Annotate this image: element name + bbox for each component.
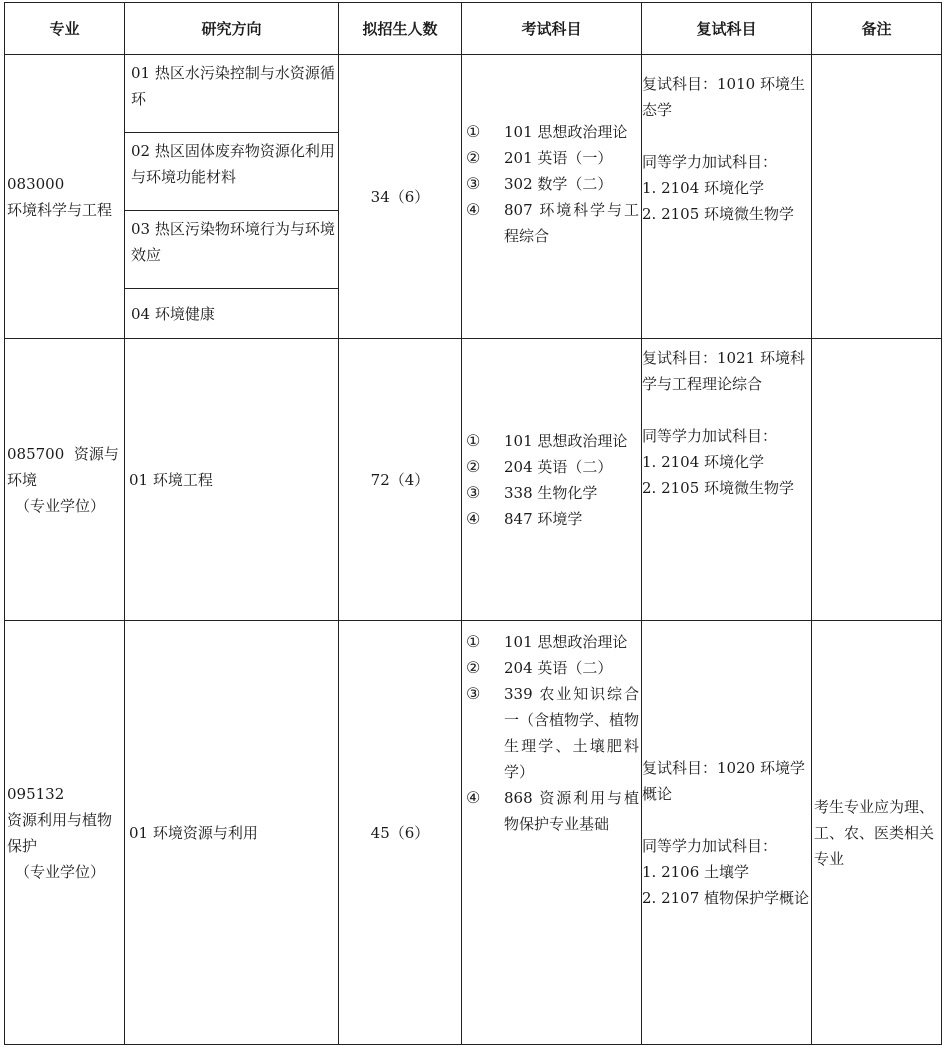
retest-cell: 复试科目：1020 环境学概论 同等学力加试科目： 1. 2106 土壤学 2.… bbox=[642, 621, 812, 1045]
header-retest: 复试科目 bbox=[642, 3, 812, 55]
extra-title: 同等学力加试科目： bbox=[642, 833, 810, 859]
count-cell: 34（6） bbox=[339, 55, 462, 339]
exam-item: ②204 英语（二） bbox=[466, 454, 639, 480]
exam-cell: ①101 思想政治理论 ②201 英语（一） ③302 数学（二） ④807 环… bbox=[462, 55, 642, 339]
extra-item: 1. 2104 环境化学 bbox=[642, 449, 810, 475]
circled-number-icon: ② bbox=[466, 655, 504, 681]
extra-item: 2. 2105 环境微生物学 bbox=[642, 475, 810, 501]
retest-cell: 复试科目：1010 环境生态学 同等学力加试科目： 1. 2104 环境化学 2… bbox=[642, 55, 812, 339]
direction-cell: 01 热区水污染控制与水资源循环 02 热区固体废弃物资源化利用与环境功能材料 … bbox=[125, 55, 339, 339]
extra-item: 1. 2104 环境化学 bbox=[642, 175, 810, 201]
major-code-name: 085700 资源与环境 bbox=[7, 441, 124, 493]
circled-number-icon: ④ bbox=[466, 197, 504, 249]
exam-item: ①101 思想政治理论 bbox=[466, 119, 639, 145]
table-row: 085700 资源与环境 （专业学位） 01 环境工程 72（4） ①101 思… bbox=[5, 339, 942, 621]
count-cell: 72（4） bbox=[339, 339, 462, 621]
circled-number-icon: ④ bbox=[466, 506, 504, 532]
circled-number-icon: ① bbox=[466, 119, 504, 145]
major-type: （专业学位） bbox=[7, 493, 124, 519]
direction-item: 04 环境健康 bbox=[125, 289, 338, 337]
major-name: 环境科学与工程 bbox=[7, 197, 124, 223]
circled-number-icon: ① bbox=[466, 629, 504, 655]
header-major: 专业 bbox=[5, 3, 125, 55]
retest-subject: 复试科目：1020 环境学概论 bbox=[642, 755, 810, 807]
major-cell: 083000 环境科学与工程 bbox=[5, 55, 125, 339]
note-cell: 考生专业应为理、工、农、医类相关专业 bbox=[812, 621, 942, 1045]
retest-subject: 复试科目：1010 环境生态学 bbox=[642, 63, 810, 123]
exam-item: ①101 思想政治理论 bbox=[466, 629, 639, 655]
exam-item: ④807 环境科学与工程综合 bbox=[466, 197, 639, 249]
direction-item: 02 热区固体废弃物资源化利用与环境功能材料 bbox=[125, 133, 338, 211]
major-type: （专业学位） bbox=[7, 859, 124, 885]
major-code: 083000 bbox=[7, 171, 124, 197]
note-cell bbox=[812, 55, 942, 339]
circled-number-icon: ② bbox=[466, 454, 504, 480]
header-exam: 考试科目 bbox=[462, 3, 642, 55]
header-note: 备注 bbox=[812, 3, 942, 55]
exam-cell: ①101 思想政治理论 ②204 英语（二） ③338 生物化学 ④847 环境… bbox=[462, 339, 642, 621]
exam-item: ②204 英语（二） bbox=[466, 655, 639, 681]
major-cell: 085700 资源与环境 （专业学位） bbox=[5, 339, 125, 621]
direction-item: 01 热区水污染控制与水资源循环 bbox=[125, 55, 338, 133]
circled-number-icon: ③ bbox=[466, 681, 504, 785]
exam-item: ③302 数学（二） bbox=[466, 171, 639, 197]
admissions-table: 专业 研究方向 拟招生人数 考试科目 复试科目 备注 083000 环境科学与工… bbox=[4, 2, 942, 1045]
exam-item: ③338 生物化学 bbox=[466, 480, 639, 506]
circled-number-icon: ③ bbox=[466, 171, 504, 197]
header-count: 拟招生人数 bbox=[339, 3, 462, 55]
extra-item: 1. 2106 土壤学 bbox=[642, 859, 810, 885]
direction-cell: 01 环境资源与利用 bbox=[125, 621, 339, 1045]
major-code: 095132 bbox=[7, 781, 124, 807]
extra-title: 同等学力加试科目： bbox=[642, 149, 810, 175]
major-name: 资源利用与植物保护 bbox=[7, 807, 124, 859]
circled-number-icon: ③ bbox=[466, 480, 504, 506]
exam-item: ①101 思想政治理论 bbox=[466, 428, 639, 454]
retest-cell: 复试科目：1021 环境科学与工程理论综合 同等学力加试科目： 1. 2104 … bbox=[642, 339, 812, 621]
direction-cell: 01 环境工程 bbox=[125, 339, 339, 621]
table-row: 095132 资源利用与植物保护 （专业学位） 01 环境资源与利用 45（6）… bbox=[5, 621, 942, 1045]
extra-item: 2. 2105 环境微生物学 bbox=[642, 201, 810, 227]
extra-title: 同等学力加试科目： bbox=[642, 423, 810, 449]
exam-cell: ①101 思想政治理论 ②204 英语（二） ③339 农业知识综合一（含植物学… bbox=[462, 621, 642, 1045]
count-cell: 45（6） bbox=[339, 621, 462, 1045]
retest-subject: 复试科目：1021 环境科学与工程理论综合 bbox=[642, 339, 810, 397]
exam-item: ④847 环境学 bbox=[466, 506, 639, 532]
exam-item: ③339 农业知识综合一（含植物学、植物生理学、土壤肥料学） bbox=[466, 681, 639, 785]
table-row: 083000 环境科学与工程 01 热区水污染控制与水资源循环 02 热区固体废… bbox=[5, 55, 942, 339]
direction-item: 03 热区污染物环境行为与环境效应 bbox=[125, 211, 338, 289]
extra-item: 2. 2107 植物保护学概论 bbox=[642, 885, 810, 911]
major-cell: 095132 资源利用与植物保护 （专业学位） bbox=[5, 621, 125, 1045]
circled-number-icon: ① bbox=[466, 428, 504, 454]
header-direction: 研究方向 bbox=[125, 3, 339, 55]
header-row: 专业 研究方向 拟招生人数 考试科目 复试科目 备注 bbox=[5, 3, 942, 55]
circled-number-icon: ④ bbox=[466, 785, 504, 837]
note-cell bbox=[812, 339, 942, 621]
exam-item: ②201 英语（一） bbox=[466, 145, 639, 171]
circled-number-icon: ② bbox=[466, 145, 504, 171]
exam-item: ④868 资源利用与植物保护专业基础 bbox=[466, 785, 639, 837]
